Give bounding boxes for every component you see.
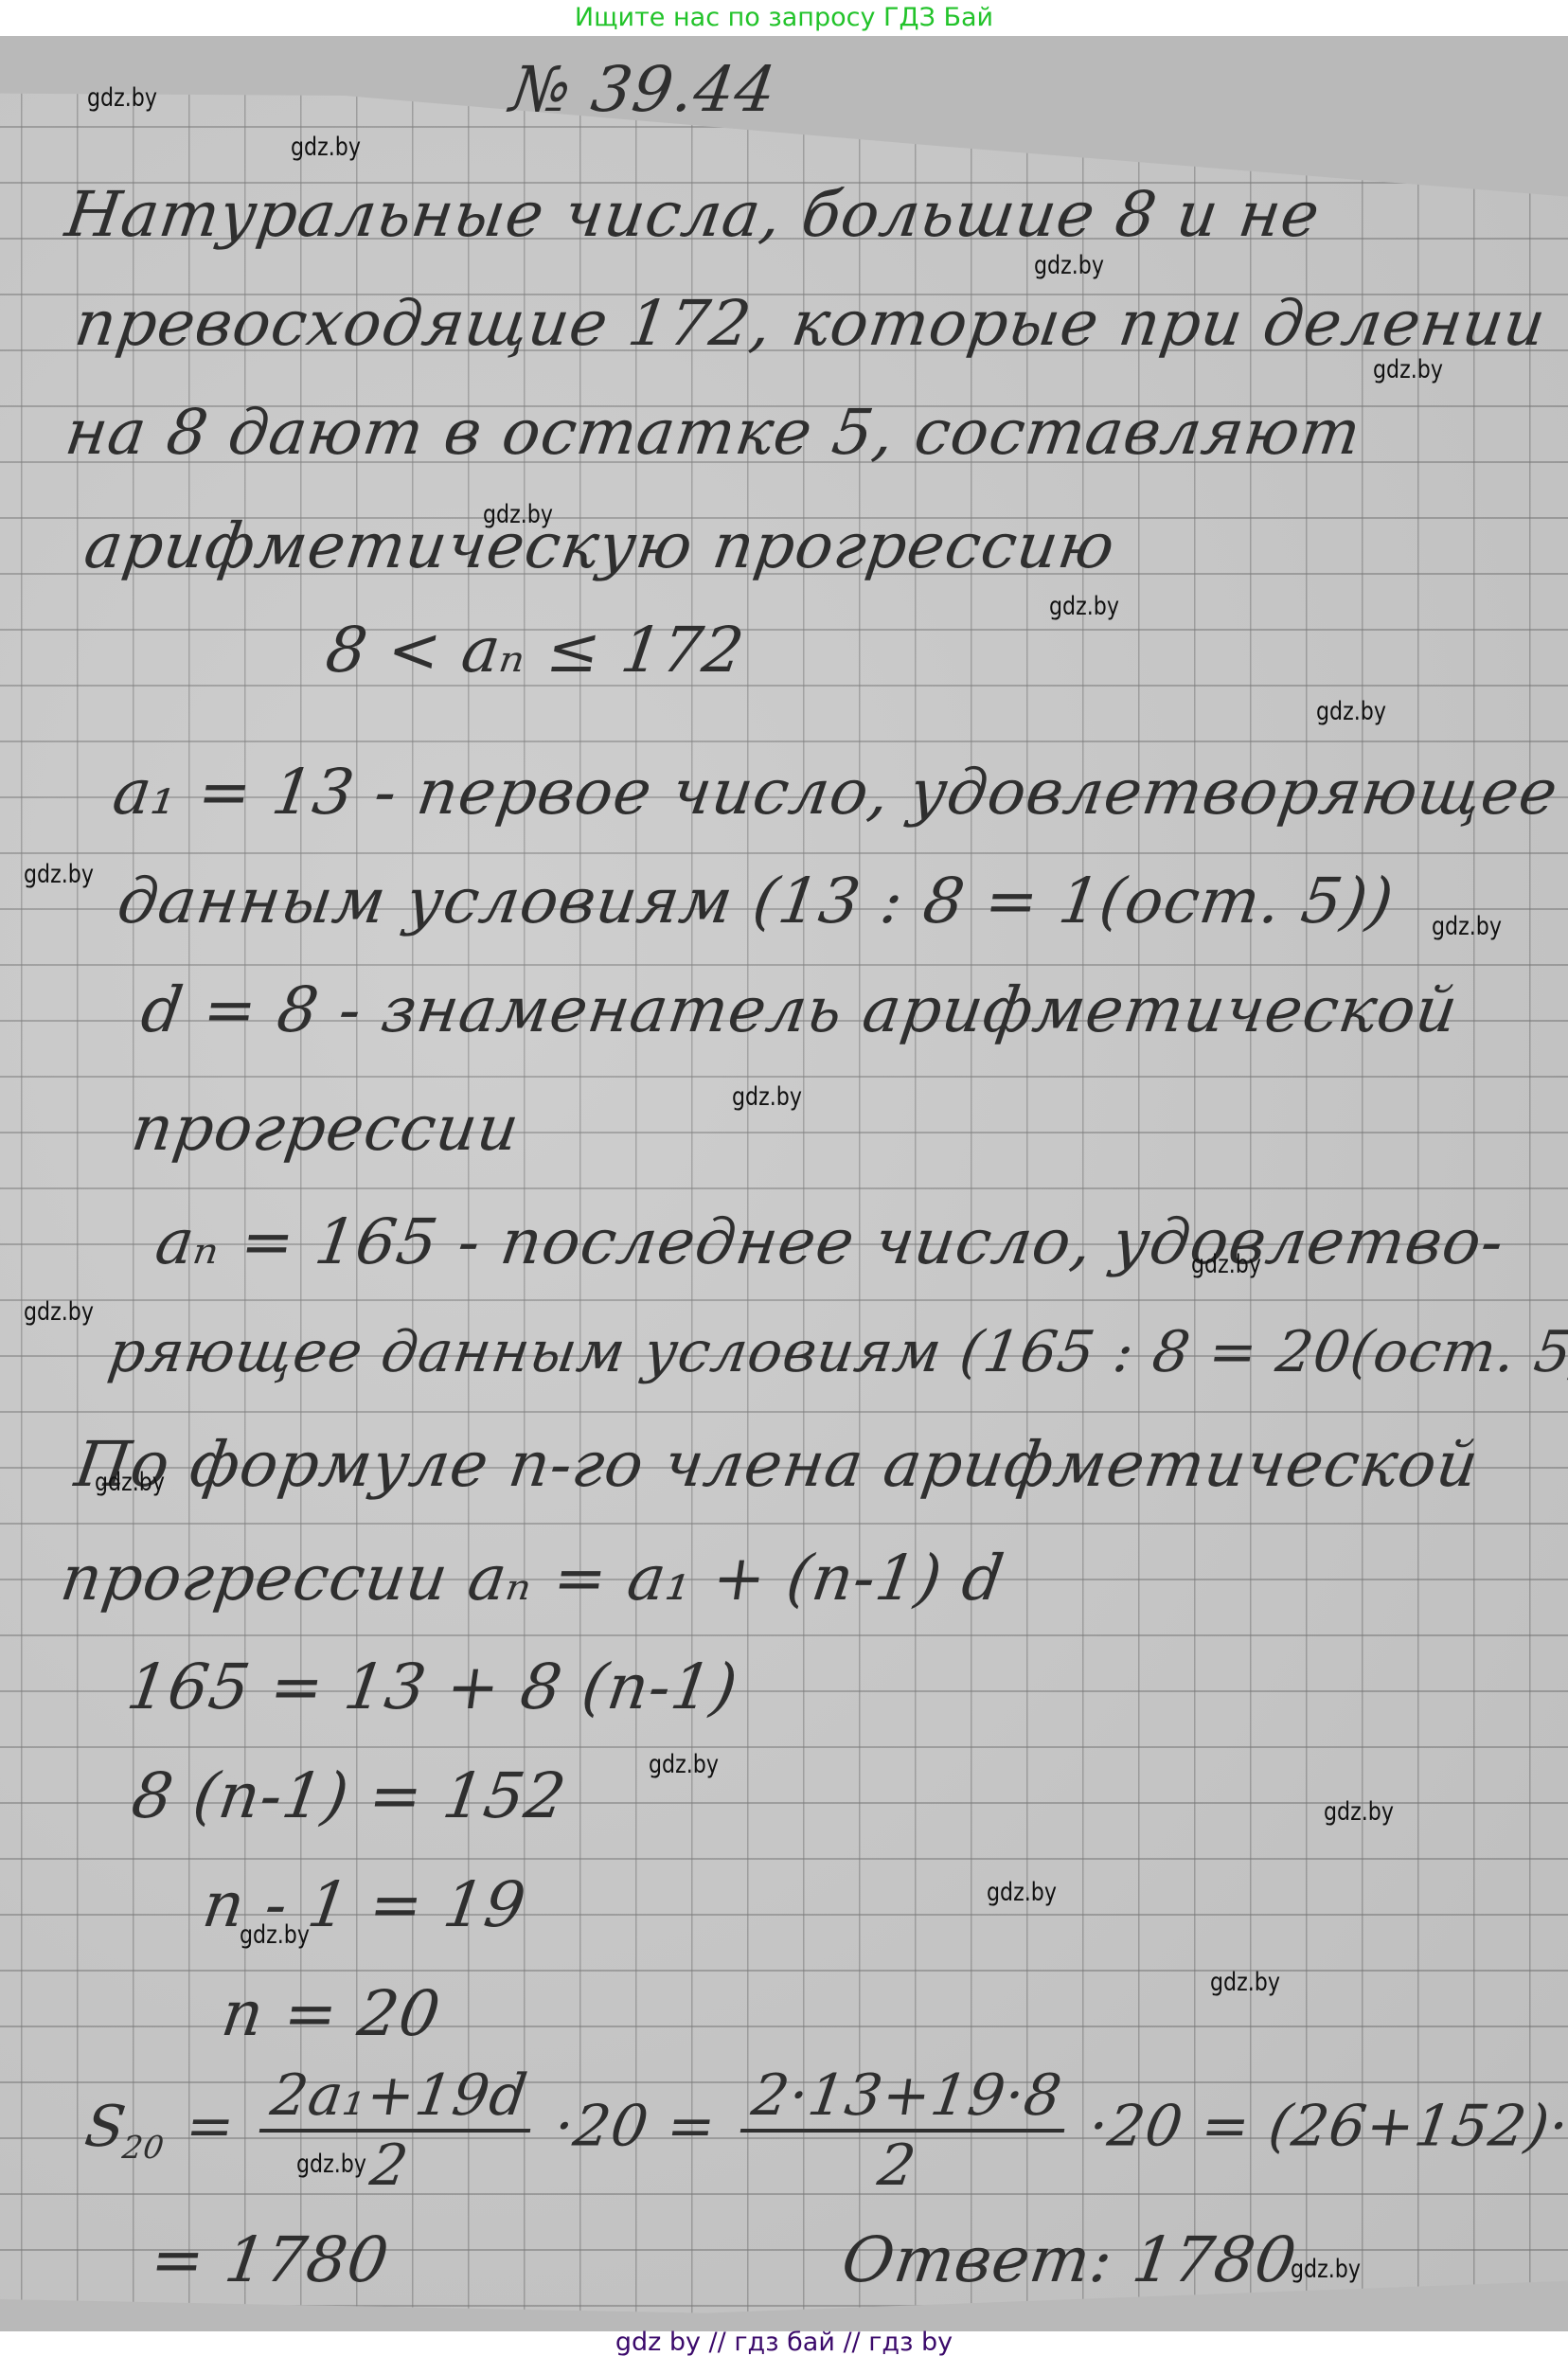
sum-result: = 1780 xyxy=(147,2223,394,2296)
difference-line: d = 8 - знаменатель арифметической xyxy=(137,973,1463,1046)
first-term-line-2: данным условиям (13 : 8 = 1(ост. 5)) xyxy=(114,865,1399,937)
watermark: gdz.by xyxy=(1291,2255,1361,2284)
watermark: gdz.by xyxy=(291,133,361,162)
watermark: gdz.by xyxy=(95,1468,165,1497)
formula-line-2: прогрессии aₙ = a₁ + (n-1) d xyxy=(57,1542,1009,1615)
last-term-line: aₙ = 165 - последнее число, удовлетво- xyxy=(151,1205,1509,1278)
banner-link[interactable]: Ищите нас по запросу ГДЗ Бай xyxy=(575,3,993,32)
notebook-photo: № 39.44 Натуральные числа, большие 8 и н… xyxy=(0,36,1568,2331)
answer: Ответ: 1780 xyxy=(838,2223,1302,2296)
sum-symbol: S20 xyxy=(81,2094,172,2160)
solution-line-1: Натуральные числа, большие 8 и не xyxy=(62,178,1325,251)
watermark: gdz.by xyxy=(1316,697,1386,726)
equation-1: 165 = 13 + 8 (n-1) xyxy=(123,1651,743,1723)
watermark: gdz.by xyxy=(240,1920,310,1950)
watermark: gdz.by xyxy=(1210,1968,1280,1997)
watermark: gdz.by xyxy=(732,1082,802,1112)
watermark: gdz.by xyxy=(1049,592,1119,621)
watermark: gdz.by xyxy=(1324,1797,1394,1827)
watermark: gdz.by xyxy=(24,1297,94,1327)
watermark: gdz.by xyxy=(1191,1250,1261,1279)
top-banner: Ищите нас по запросу ГДЗ Бай xyxy=(0,0,1568,38)
equation-2: 8 (n-1) = 152 xyxy=(128,1759,571,1832)
first-term-line: a₁ = 13 - первое число, удовлетворяющее xyxy=(109,756,1563,829)
fraction-numeric: 2·13+19·8 2 xyxy=(730,2062,1074,2199)
watermark: gdz.by xyxy=(24,860,94,889)
watermark: gdz.by xyxy=(1373,355,1443,384)
watermark: gdz.by xyxy=(483,500,553,529)
watermark: gdz.by xyxy=(296,2150,366,2179)
footer-links: gdz by // гдз бай // гдз by xyxy=(0,2329,1568,2356)
inequality: 8 < aₙ ≤ 172 xyxy=(322,614,749,687)
watermark: gdz.by xyxy=(1034,251,1104,280)
watermark: gdz.by xyxy=(987,1878,1057,1907)
formula-line: По формуле n-го члена арифметической xyxy=(71,1428,1484,1501)
fraction-general: 2a₁+19d 2 xyxy=(249,2062,539,2199)
task-number: № 39.44 xyxy=(507,53,781,126)
equation-4: n = 20 xyxy=(218,1977,446,2050)
solution-line-2: превосходящие 172, которые при делении xyxy=(71,287,1551,360)
last-term-line-2: ряющее данным условиям (165 : 8 = 20(ост… xyxy=(104,1319,1568,1385)
watermark: gdz.by xyxy=(87,83,157,113)
difference-line-2: прогрессии xyxy=(128,1092,525,1165)
watermark: gdz.by xyxy=(1432,912,1502,941)
solution-line-4: арифметическую прогрессию xyxy=(80,509,1120,582)
watermark: gdz.by xyxy=(649,1750,719,1779)
solution-line-3: на 8 дают в остатке 5, составляют xyxy=(62,396,1366,469)
